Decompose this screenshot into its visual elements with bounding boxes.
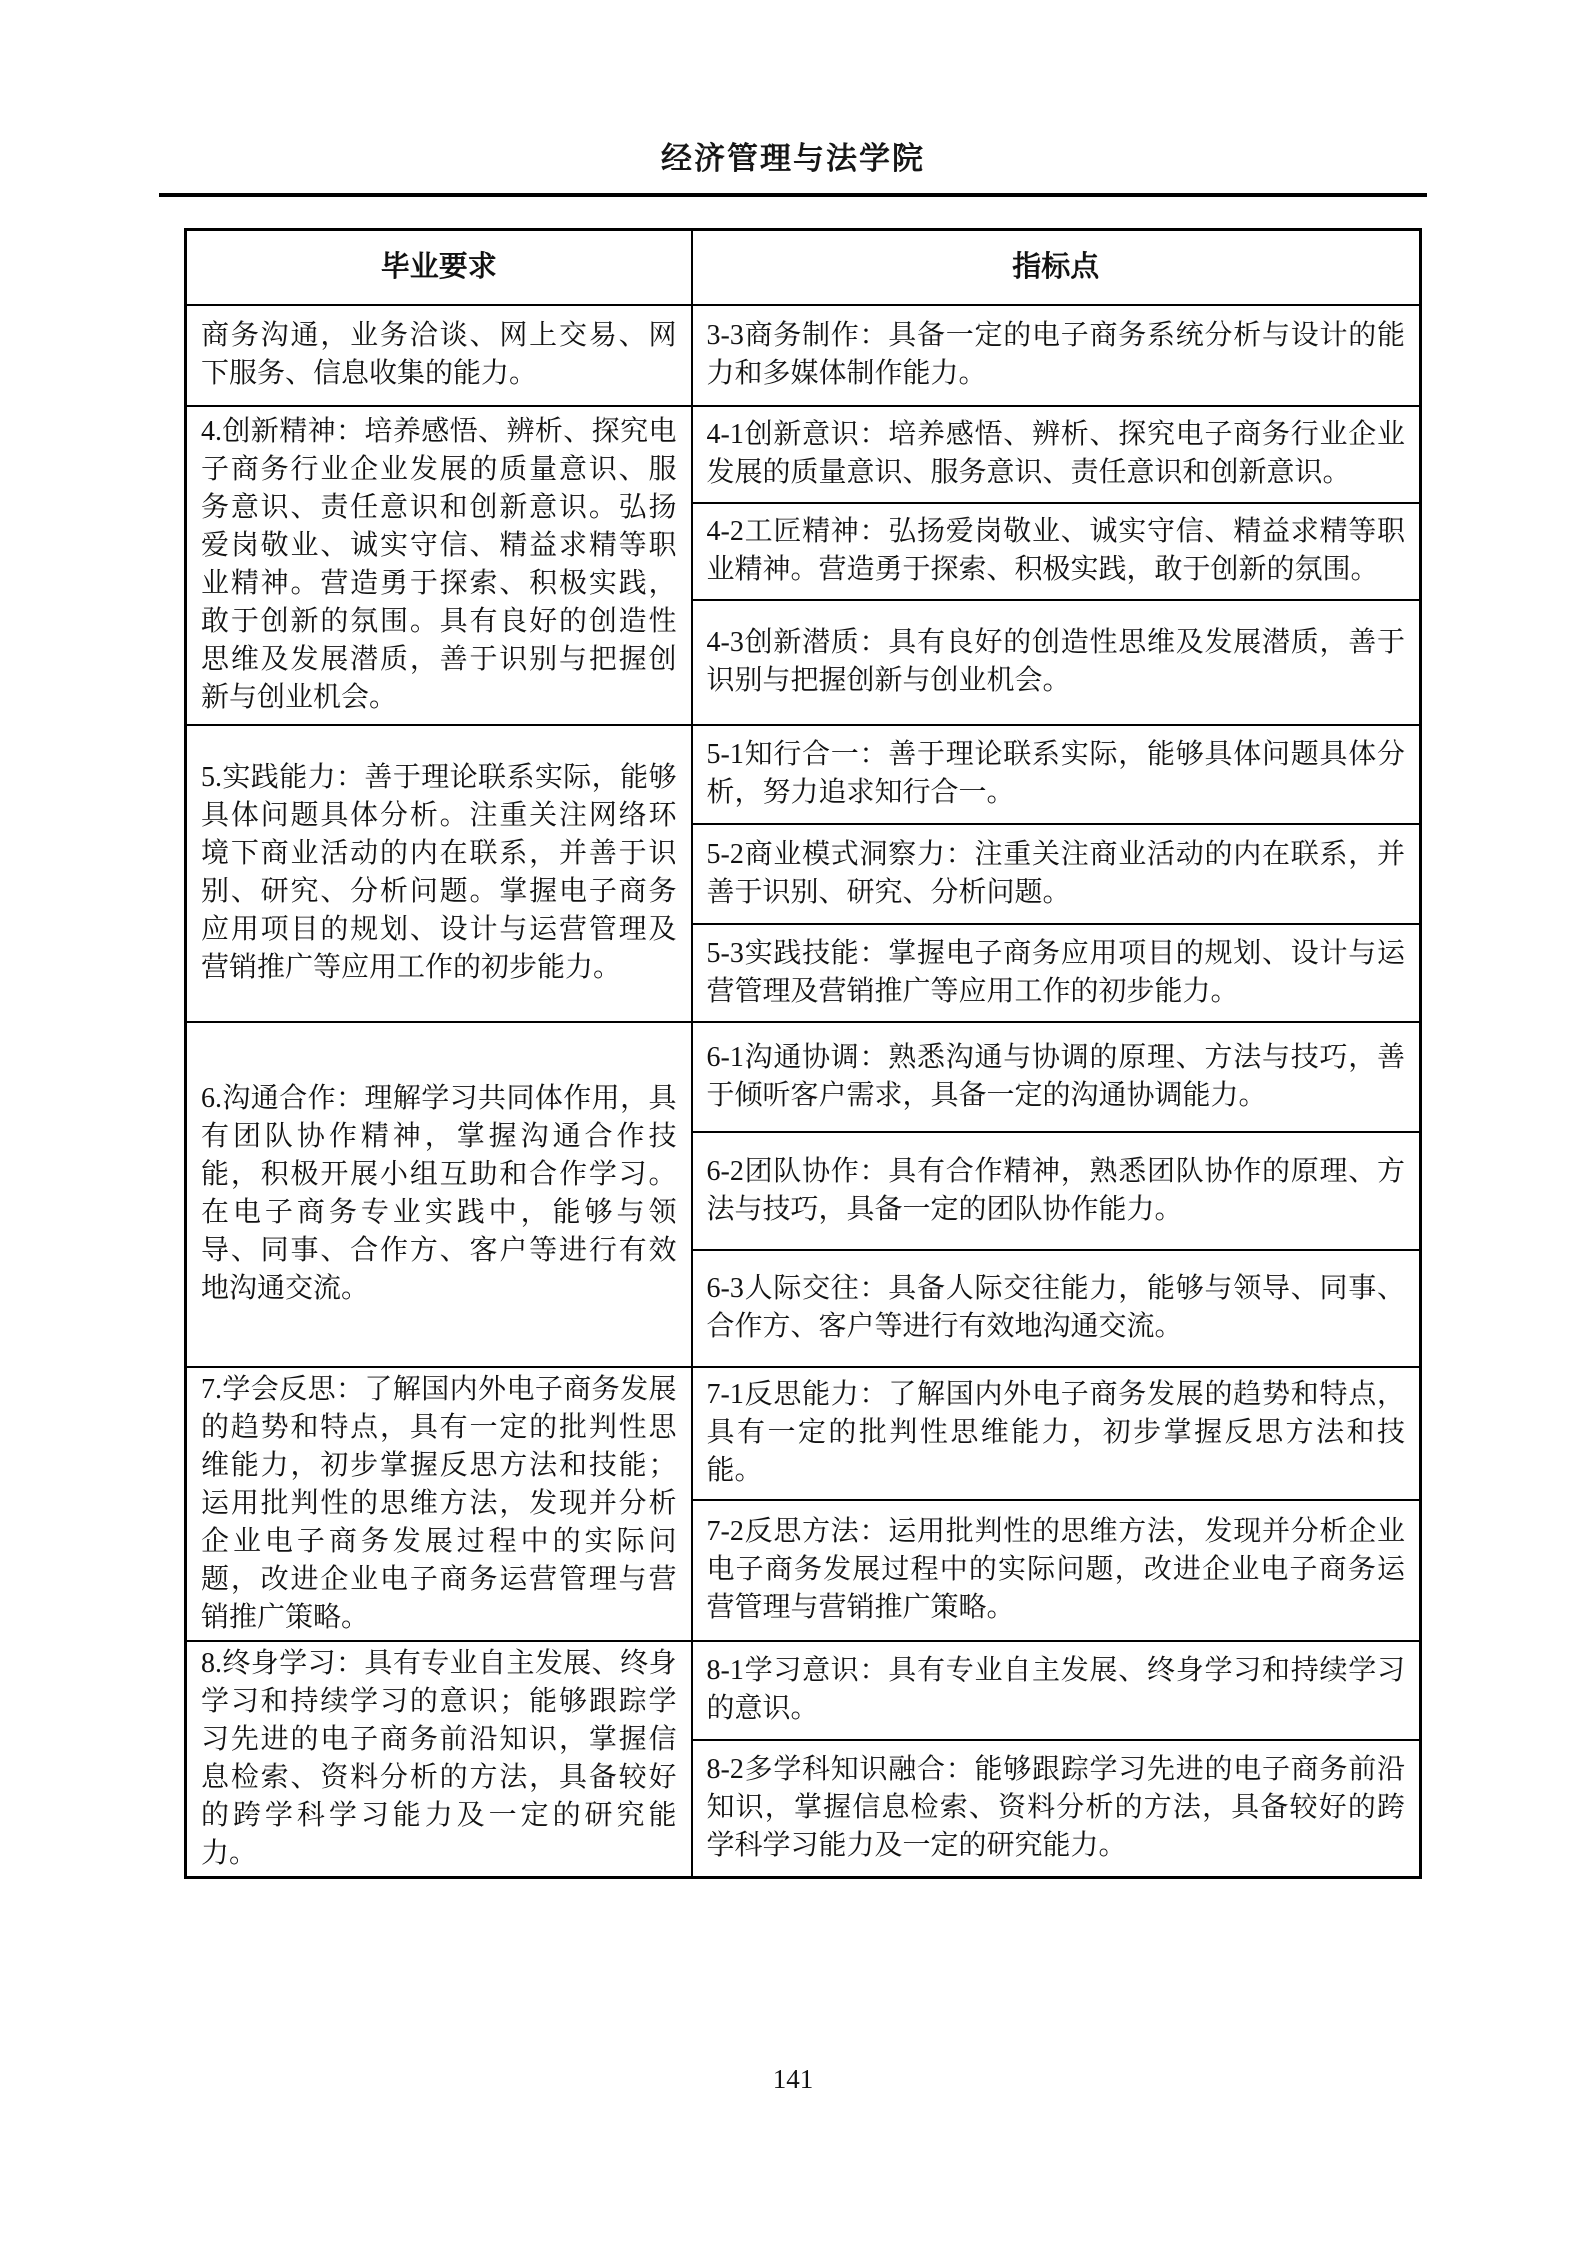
indicator-cell: 6-1沟通协调：熟悉沟通与协调的原理、方法与技巧，善于倾听客户需求，具备一定的沟… — [692, 1022, 1421, 1132]
indicator-cell: 6-2团队协作：具有合作精神，熟悉团队协作的原理、方法与技巧，具备一定的团队协作… — [692, 1132, 1421, 1250]
indicator-cell: 8-2多学科知识融合：能够跟踪学习先进的电子商务前沿知识，掌握信息检索、资料分析… — [692, 1740, 1421, 1877]
requirement-cell: 4.创新精神：培养感悟、辨析、探究电子商务行业企业发展的质量意识、服务意识、责任… — [186, 406, 692, 725]
indicator-cell: 5-3实践技能：掌握电子商务应用项目的规划、设计与运营管理及营销推广等应用工作的… — [692, 924, 1421, 1022]
requirement-cell: 6.沟通合作：理解学习共同体作用，具有团队协作精神，掌握沟通合作技能，积极开展小… — [186, 1022, 692, 1367]
indicator-cell: 6-3人际交往：具备人际交往能力，能够与领导、同事、合作方、客户等进行有效地沟通… — [692, 1250, 1421, 1367]
indicator-cell: 4-3创新潜质：具有良好的创造性思维及发展潜质，善于识别与把握创新与创业机会。 — [692, 600, 1421, 725]
table-row: 5.实践能力：善于理论联系实际，能够具体问题具体分析。注重关注网络环境下商业活动… — [186, 725, 1421, 824]
table-row: 7.学会反思：了解国内外电子商务发展的趋势和特点，具有一定的批判性思维能力，初步… — [186, 1367, 1421, 1501]
indicator-cell: 5-2商业模式洞察力：注重关注商业活动的内在联系，并善于识别、研究、分析问题。 — [692, 824, 1421, 924]
column-header-indicator: 指标点 — [692, 230, 1421, 305]
indicator-cell: 7-1反思能力：了解国内外电子商务发展的趋势和特点，具有一定的批判性思维能力，初… — [692, 1367, 1421, 1501]
title-divider — [159, 193, 1427, 197]
page-title: 经济管理与法学院 — [0, 138, 1586, 180]
indicator-cell: 4-1创新意识：培养感悟、辨析、探究电子商务行业企业发展的质量意识、服务意识、责… — [692, 406, 1421, 503]
table-row: 8.终身学习：具有专业自主发展、终身学习和持续学习的意识；能够跟踪学习先进的电子… — [186, 1641, 1421, 1740]
indicator-cell: 5-1知行合一：善于理论联系实际，能够具体问题具体分析，努力追求知行合一。 — [692, 725, 1421, 824]
page-number: 141 — [0, 2062, 1586, 2096]
table-row: 商务沟通，业务洽谈、网上交易、网下服务、信息收集的能力。 3-3商务制作：具备一… — [186, 305, 1421, 406]
requirements-table: 毕业要求 指标点 商务沟通，业务洽谈、网上交易、网下服务、信息收集的能力。 3-… — [184, 228, 1422, 1879]
column-header-requirement: 毕业要求 — [186, 230, 692, 305]
indicator-cell: 4-2工匠精神：弘扬爱岗敬业、诚实守信、精益求精等职业精神。营造勇于探索、积极实… — [692, 503, 1421, 600]
indicator-cell: 8-1学习意识：具有专业自主发展、终身学习和持续学习的意识。 — [692, 1641, 1421, 1740]
table-header-row: 毕业要求 指标点 — [186, 230, 1421, 305]
requirement-cell: 8.终身学习：具有专业自主发展、终身学习和持续学习的意识；能够跟踪学习先进的电子… — [186, 1641, 692, 1878]
requirement-cell: 商务沟通，业务洽谈、网上交易、网下服务、信息收集的能力。 — [186, 305, 692, 406]
table-row: 4.创新精神：培养感悟、辨析、探究电子商务行业企业发展的质量意识、服务意识、责任… — [186, 406, 1421, 503]
document-page: 经济管理与法学院 毕业要求 指标点 商务沟通，业务洽谈、网上交易、网下服务、信息… — [0, 0, 1586, 2245]
indicator-cell: 7-2反思方法：运用批判性的思维方法，发现并分析企业电子商务发展过程中的实际问题… — [692, 1500, 1421, 1640]
requirement-cell: 7.学会反思：了解国内外电子商务发展的趋势和特点，具有一定的批判性思维能力，初步… — [186, 1367, 692, 1641]
indicator-cell: 3-3商务制作：具备一定的电子商务系统分析与设计的能力和多媒体制作能力。 — [692, 305, 1421, 406]
table-row: 6.沟通合作：理解学习共同体作用，具有团队协作精神，掌握沟通合作技能，积极开展小… — [186, 1022, 1421, 1132]
requirement-cell: 5.实践能力：善于理论联系实际，能够具体问题具体分析。注重关注网络环境下商业活动… — [186, 725, 692, 1022]
